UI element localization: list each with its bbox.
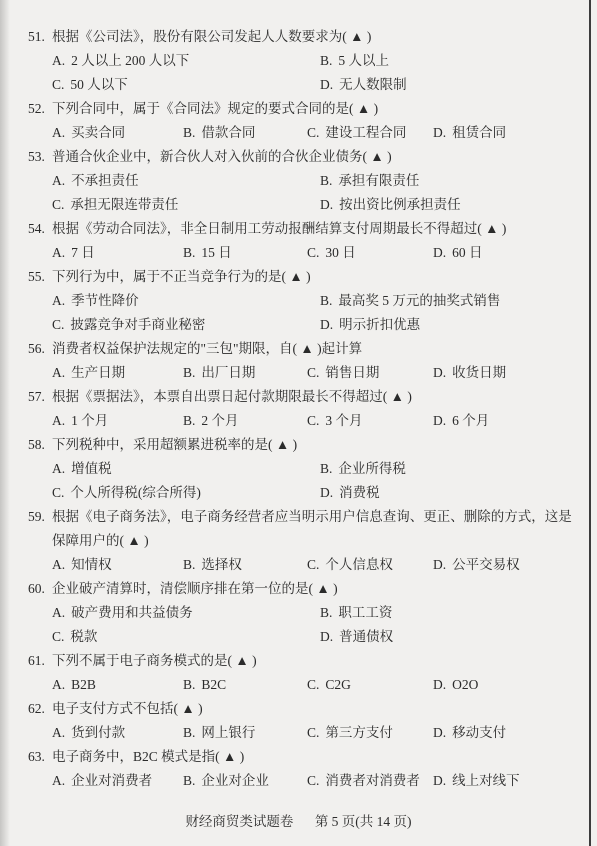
question-line: 57.根据《票据法》，本票自出票日起付款期限最长不得超过( ▲ ) <box>28 385 581 409</box>
option-item: A.货到付款 <box>52 721 183 745</box>
option-label: A. <box>52 725 65 740</box>
option-item: A.1 个月 <box>52 409 183 433</box>
option-text: 出厂日期 <box>201 365 255 380</box>
option-item: C.建设工程合同 <box>307 121 433 145</box>
option-label: A. <box>52 173 65 188</box>
option-text: 租赁合同 <box>452 125 506 140</box>
option-item: A.破产费用和共益债务 <box>52 601 320 625</box>
option-item: C.个人信息权 <box>307 553 433 577</box>
option-label: C. <box>307 725 319 740</box>
option-text: 承担无限连带责任 <box>70 197 178 212</box>
question-item: 58.下列税种中，采用超额累进税率的是( ▲ )A.增值税B.企业所得税C.个人… <box>28 433 581 505</box>
question-item: 56.消费者权益保护法规定的"三包"期限，自( ▲ )起计算A.生产日期B.出厂… <box>28 337 581 385</box>
option-item: D.移动支付 <box>433 721 581 745</box>
option-text: 消费税 <box>339 485 380 500</box>
option-item: A.生产日期 <box>52 361 183 385</box>
option-text: 2 人以上 200 人以下 <box>71 53 189 68</box>
options-row: A.7 日B.15 日C.30 日D.60 日 <box>52 241 581 265</box>
option-text: 买卖合同 <box>71 125 125 140</box>
question-text: 根据《劳动合同法》，非全日制用工劳动报酬结算支付周期最长不得超过( ▲ ) <box>52 217 581 241</box>
option-label: A. <box>52 605 65 620</box>
option-item: A.B2B <box>52 673 183 697</box>
question-number: 55. <box>28 265 52 289</box>
question-text: 根据《票据法》，本票自出票日起付款期限最长不得超过( ▲ ) <box>52 385 581 409</box>
question-text: 企业破产清算时，清偿顺序排在第一位的是( ▲ ) <box>52 577 581 601</box>
option-label: C. <box>52 629 64 644</box>
question-line: 62.电子支付方式不包括( ▲ ) <box>28 697 581 721</box>
option-item: C.3 个月 <box>307 409 433 433</box>
option-item: C.消费者对消费者 <box>307 769 433 793</box>
option-item: D.收货日期 <box>433 361 581 385</box>
option-item: D.6 个月 <box>433 409 581 433</box>
question-number: 61. <box>28 649 52 673</box>
option-text: B2B <box>71 677 96 692</box>
option-item: B.网上银行 <box>183 721 307 745</box>
question-item: 62.电子支付方式不包括( ▲ )A.货到付款B.网上银行C.第三方支付D.移动… <box>28 697 581 745</box>
option-label: D. <box>433 365 446 380</box>
question-number: 51. <box>28 25 52 49</box>
option-text: 15 日 <box>201 245 231 260</box>
option-item: B.5 人以上 <box>320 49 581 73</box>
option-text: 消费者对消费者 <box>325 773 420 788</box>
option-item: C.个人所得税(综合所得) <box>52 481 320 505</box>
option-text: 5 人以上 <box>338 53 389 68</box>
option-text: 网上银行 <box>201 725 255 740</box>
question-text: 普通合伙企业中，新合伙人对入伙前的合伙企业债务( ▲ ) <box>52 145 581 169</box>
option-text: 第三方支付 <box>325 725 393 740</box>
option-text: 普通债权 <box>339 629 393 644</box>
option-item: B.企业所得税 <box>320 457 581 481</box>
option-label: A. <box>52 245 65 260</box>
option-label: C. <box>52 485 64 500</box>
option-label: A. <box>52 677 65 692</box>
option-item: A.季节性降价 <box>52 289 320 313</box>
option-text: 税款 <box>70 629 97 644</box>
option-item: D.消费税 <box>320 481 581 505</box>
option-item: B.企业对企业 <box>183 769 307 793</box>
option-label: C. <box>307 245 319 260</box>
option-item: B.15 日 <box>183 241 307 265</box>
option-label: B. <box>183 125 195 140</box>
option-label: C. <box>52 317 64 332</box>
option-label: C. <box>307 773 319 788</box>
option-item: D.公平交易权 <box>433 553 581 577</box>
option-text: 职工工资 <box>338 605 392 620</box>
option-item: C.30 日 <box>307 241 433 265</box>
option-text: 3 个月 <box>325 413 362 428</box>
option-label: A. <box>52 557 65 572</box>
exam-title: 财经商贸类试题卷 <box>185 814 293 829</box>
option-label: A. <box>52 773 65 788</box>
options-row: A.企业对消费者B.企业对企业C.消费者对消费者D.线上对线下 <box>52 769 581 793</box>
option-label: D. <box>320 485 333 500</box>
option-text: 不承担责任 <box>71 173 139 188</box>
option-item: A.买卖合同 <box>52 121 183 145</box>
option-item: D.60 日 <box>433 241 581 265</box>
option-item: B.借款合同 <box>183 121 307 145</box>
option-label: B. <box>183 413 195 428</box>
option-text: 30 日 <box>325 245 355 260</box>
option-item: D.O2O <box>433 673 581 697</box>
option-text: 收货日期 <box>452 365 506 380</box>
option-text: 60 日 <box>452 245 482 260</box>
option-text: 破产费用和共益债务 <box>71 605 193 620</box>
question-item: 55.下列行为中，属于不正当竞争行为的是( ▲ )A.季节性降价B.最高奖 5 … <box>28 265 581 337</box>
option-text: C2G <box>325 677 351 692</box>
option-item: A.7 日 <box>52 241 183 265</box>
options-row: A.B2BB.B2CC.C2GD.O2O <box>52 673 581 697</box>
option-label: D. <box>433 677 446 692</box>
option-text: 货到付款 <box>71 725 125 740</box>
option-text: 个人信息权 <box>325 557 393 572</box>
option-text: 按出资比例承担责任 <box>339 197 461 212</box>
option-text: 个人所得税(综合所得) <box>70 485 201 500</box>
option-text: 线上对线下 <box>452 773 520 788</box>
option-label: B. <box>183 557 195 572</box>
question-text-continued: 保障用户的( ▲ ) <box>52 529 581 553</box>
question-line: 55.下列行为中，属于不正当竞争行为的是( ▲ ) <box>28 265 581 289</box>
option-item: D.普通债权 <box>320 625 581 649</box>
options-row: A.季节性降价B.最高奖 5 万元的抽奖式销售C.披露竞争对手商业秘密D.明示折… <box>52 289 581 337</box>
option-label: C. <box>52 77 64 92</box>
option-label: C. <box>307 677 319 692</box>
option-label: C. <box>307 365 319 380</box>
option-label: A. <box>52 53 65 68</box>
option-item: C.销售日期 <box>307 361 433 385</box>
option-label: B. <box>320 53 332 68</box>
question-item: 60.企业破产清算时，清偿顺序排在第一位的是( ▲ )A.破产费用和共益债务B.… <box>28 577 581 649</box>
option-text: 生产日期 <box>71 365 125 380</box>
option-label: B. <box>183 365 195 380</box>
option-label: C. <box>307 557 319 572</box>
option-label: A. <box>52 365 65 380</box>
option-text: 7 日 <box>71 245 95 260</box>
page-footer: 财经商贸类试题卷 第 5 页(共 14 页) <box>0 810 597 834</box>
option-item: B.B2C <box>183 673 307 697</box>
option-text: 增值税 <box>71 461 112 476</box>
option-text: 明示折扣优惠 <box>339 317 420 332</box>
question-number: 63. <box>28 745 52 769</box>
option-item: B.2 个月 <box>183 409 307 433</box>
question-number: 59. <box>28 505 52 529</box>
option-item: B.职工工资 <box>320 601 581 625</box>
question-number: 57. <box>28 385 52 409</box>
options-row: A.货到付款B.网上银行C.第三方支付D.移动支付 <box>52 721 581 745</box>
question-item: 54.根据《劳动合同法》，非全日制用工劳动报酬结算支付周期最长不得超过( ▲ )… <box>28 217 581 265</box>
option-item: A.不承担责任 <box>52 169 320 193</box>
option-label: C. <box>307 413 319 428</box>
option-item: C.第三方支付 <box>307 721 433 745</box>
option-label: C. <box>307 125 319 140</box>
question-item: 53.普通合伙企业中，新合伙人对入伙前的合伙企业债务( ▲ )A.不承担责任B.… <box>28 145 581 217</box>
question-text: 根据《电子商务法》，电子商务经营者应当明示用户信息查询、更正、删除的方式，这是 <box>52 505 581 529</box>
question-text: 下列税种中，采用超额累进税率的是( ▲ ) <box>52 433 581 457</box>
option-text: 2 个月 <box>201 413 238 428</box>
question-text: 电子商务中，B2C 模式是指( ▲ ) <box>52 745 581 769</box>
option-text: 6 个月 <box>452 413 489 428</box>
option-label: A. <box>52 461 65 476</box>
option-item: D.明示折扣优惠 <box>320 313 581 337</box>
question-line: 52.下列合同中，属于《合同法》规定的要式合同的是( ▲ ) <box>28 97 581 121</box>
question-line: 58.下列税种中，采用超额累进税率的是( ▲ ) <box>28 433 581 457</box>
question-number: 60. <box>28 577 52 601</box>
option-label: B. <box>183 725 195 740</box>
question-line: 56.消费者权益保护法规定的"三包"期限，自( ▲ )起计算 <box>28 337 581 361</box>
question-item: 52.下列合同中，属于《合同法》规定的要式合同的是( ▲ )A.买卖合同B.借款… <box>28 97 581 145</box>
option-item: D.线上对线下 <box>433 769 581 793</box>
option-label: B. <box>320 293 332 308</box>
question-number: 56. <box>28 337 52 361</box>
option-text: 公平交易权 <box>452 557 520 572</box>
question-number: 54. <box>28 217 52 241</box>
option-text: 披露竞争对手商业秘密 <box>70 317 205 332</box>
option-label: B. <box>320 605 332 620</box>
question-text: 根据《公司法》，股份有限公司发起人人数要求为( ▲ ) <box>52 25 581 49</box>
option-text: 选择权 <box>201 557 242 572</box>
question-item: 59.根据《电子商务法》，电子商务经营者应当明示用户信息查询、更正、删除的方式，… <box>28 505 581 577</box>
question-item: 61.下列不属于电子商务模式的是( ▲ )A.B2BB.B2CC.C2GD.O2… <box>28 649 581 697</box>
option-label: D. <box>320 197 333 212</box>
option-text: 建设工程合同 <box>325 125 406 140</box>
option-item: D.租赁合同 <box>433 121 581 145</box>
option-label: B. <box>183 245 195 260</box>
question-text: 下列不属于电子商务模式的是( ▲ ) <box>52 649 581 673</box>
option-text: 无人数限制 <box>339 77 407 92</box>
option-label: A. <box>52 413 65 428</box>
option-text: 销售日期 <box>325 365 379 380</box>
question-text: 电子支付方式不包括( ▲ ) <box>52 697 581 721</box>
option-label: D. <box>433 557 446 572</box>
option-item: A.2 人以上 200 人以下 <box>52 49 320 73</box>
option-text: O2O <box>452 677 478 692</box>
option-item: C.C2G <box>307 673 433 697</box>
option-text: 承担有限责任 <box>338 173 419 188</box>
option-label: D. <box>320 317 333 332</box>
option-label: D. <box>433 725 446 740</box>
options-row: A.增值税B.企业所得税C.个人所得税(综合所得)D.消费税 <box>52 457 581 505</box>
option-item: D.无人数限制 <box>320 73 581 97</box>
option-item: B.承担有限责任 <box>320 169 581 193</box>
scanned-exam-page: 51.根据《公司法》，股份有限公司发起人人数要求为( ▲ )A.2 人以上 20… <box>0 0 597 846</box>
options-row: A.知情权B.选择权C.个人信息权D.公平交易权 <box>52 553 581 577</box>
option-label: D. <box>433 125 446 140</box>
question-item: 63.电子商务中，B2C 模式是指( ▲ )A.企业对消费者B.企业对企业C.消… <box>28 745 581 793</box>
option-item: A.企业对消费者 <box>52 769 183 793</box>
question-line: 51.根据《公司法》，股份有限公司发起人人数要求为( ▲ ) <box>28 25 581 49</box>
question-line: 53.普通合伙企业中，新合伙人对入伙前的合伙企业债务( ▲ ) <box>28 145 581 169</box>
question-number: 58. <box>28 433 52 457</box>
options-row: A.2 人以上 200 人以下B.5 人以上C.50 人以下D.无人数限制 <box>52 49 581 97</box>
question-item: 57.根据《票据法》，本票自出票日起付款期限最长不得超过( ▲ )A.1 个月B… <box>28 385 581 433</box>
option-label: D. <box>433 245 446 260</box>
question-line: 54.根据《劳动合同法》，非全日制用工劳动报酬结算支付周期最长不得超过( ▲ ) <box>28 217 581 241</box>
option-text: 企业所得税 <box>338 461 406 476</box>
option-item: A.知情权 <box>52 553 183 577</box>
question-number: 62. <box>28 697 52 721</box>
option-label: C. <box>52 197 64 212</box>
option-text: 企业对消费者 <box>71 773 152 788</box>
option-label: D. <box>320 77 333 92</box>
option-item: C.披露竞争对手商业秘密 <box>52 313 320 337</box>
option-text: 1 个月 <box>71 413 108 428</box>
option-item: D.按出资比例承担责任 <box>320 193 581 217</box>
option-label: B. <box>320 461 332 476</box>
options-row: A.1 个月B.2 个月C.3 个月D.6 个月 <box>52 409 581 433</box>
option-item: B.最高奖 5 万元的抽奖式销售 <box>320 289 581 313</box>
option-label: B. <box>183 773 195 788</box>
option-item: C.承担无限连带责任 <box>52 193 320 217</box>
option-item: C.50 人以下 <box>52 73 320 97</box>
options-row: A.破产费用和共益债务B.职工工资C.税款D.普通债权 <box>52 601 581 649</box>
option-item: A.增值税 <box>52 457 320 481</box>
options-row: A.买卖合同B.借款合同C.建设工程合同D.租赁合同 <box>52 121 581 145</box>
option-label: A. <box>52 125 65 140</box>
option-text: 50 人以下 <box>70 77 127 92</box>
option-text: 借款合同 <box>201 125 255 140</box>
question-line: 63.电子商务中，B2C 模式是指( ▲ ) <box>28 745 581 769</box>
option-label: B. <box>320 173 332 188</box>
option-item: B.选择权 <box>183 553 307 577</box>
options-row: A.生产日期B.出厂日期C.销售日期D.收货日期 <box>52 361 581 385</box>
option-label: D. <box>433 413 446 428</box>
option-label: D. <box>320 629 333 644</box>
question-list: 51.根据《公司法》，股份有限公司发起人人数要求为( ▲ )A.2 人以上 20… <box>0 0 597 793</box>
option-label: A. <box>52 293 65 308</box>
option-text: 知情权 <box>71 557 112 572</box>
option-label: D. <box>433 773 446 788</box>
question-line: 59.根据《电子商务法》，电子商务经营者应当明示用户信息查询、更正、删除的方式，… <box>28 505 581 529</box>
question-line: 61.下列不属于电子商务模式的是( ▲ ) <box>28 649 581 673</box>
question-text: 下列行为中，属于不正当竞争行为的是( ▲ ) <box>52 265 581 289</box>
page-indicator: 第 5 页(共 14 页) <box>315 814 412 829</box>
option-label: B. <box>183 677 195 692</box>
option-text: B2C <box>201 677 226 692</box>
options-row: A.不承担责任B.承担有限责任C.承担无限连带责任D.按出资比例承担责任 <box>52 169 581 217</box>
question-line: 60.企业破产清算时，清偿顺序排在第一位的是( ▲ ) <box>28 577 581 601</box>
option-item: B.出厂日期 <box>183 361 307 385</box>
question-item: 51.根据《公司法》，股份有限公司发起人人数要求为( ▲ )A.2 人以上 20… <box>28 25 581 97</box>
option-text: 最高奖 5 万元的抽奖式销售 <box>338 293 500 308</box>
question-number: 52. <box>28 97 52 121</box>
question-text: 消费者权益保护法规定的"三包"期限，自( ▲ )起计算 <box>52 337 581 361</box>
option-text: 企业对企业 <box>201 773 269 788</box>
question-text: 下列合同中，属于《合同法》规定的要式合同的是( ▲ ) <box>52 97 581 121</box>
option-item: C.税款 <box>52 625 320 649</box>
question-number: 53. <box>28 145 52 169</box>
option-text: 季节性降价 <box>71 293 139 308</box>
option-text: 移动支付 <box>452 725 506 740</box>
